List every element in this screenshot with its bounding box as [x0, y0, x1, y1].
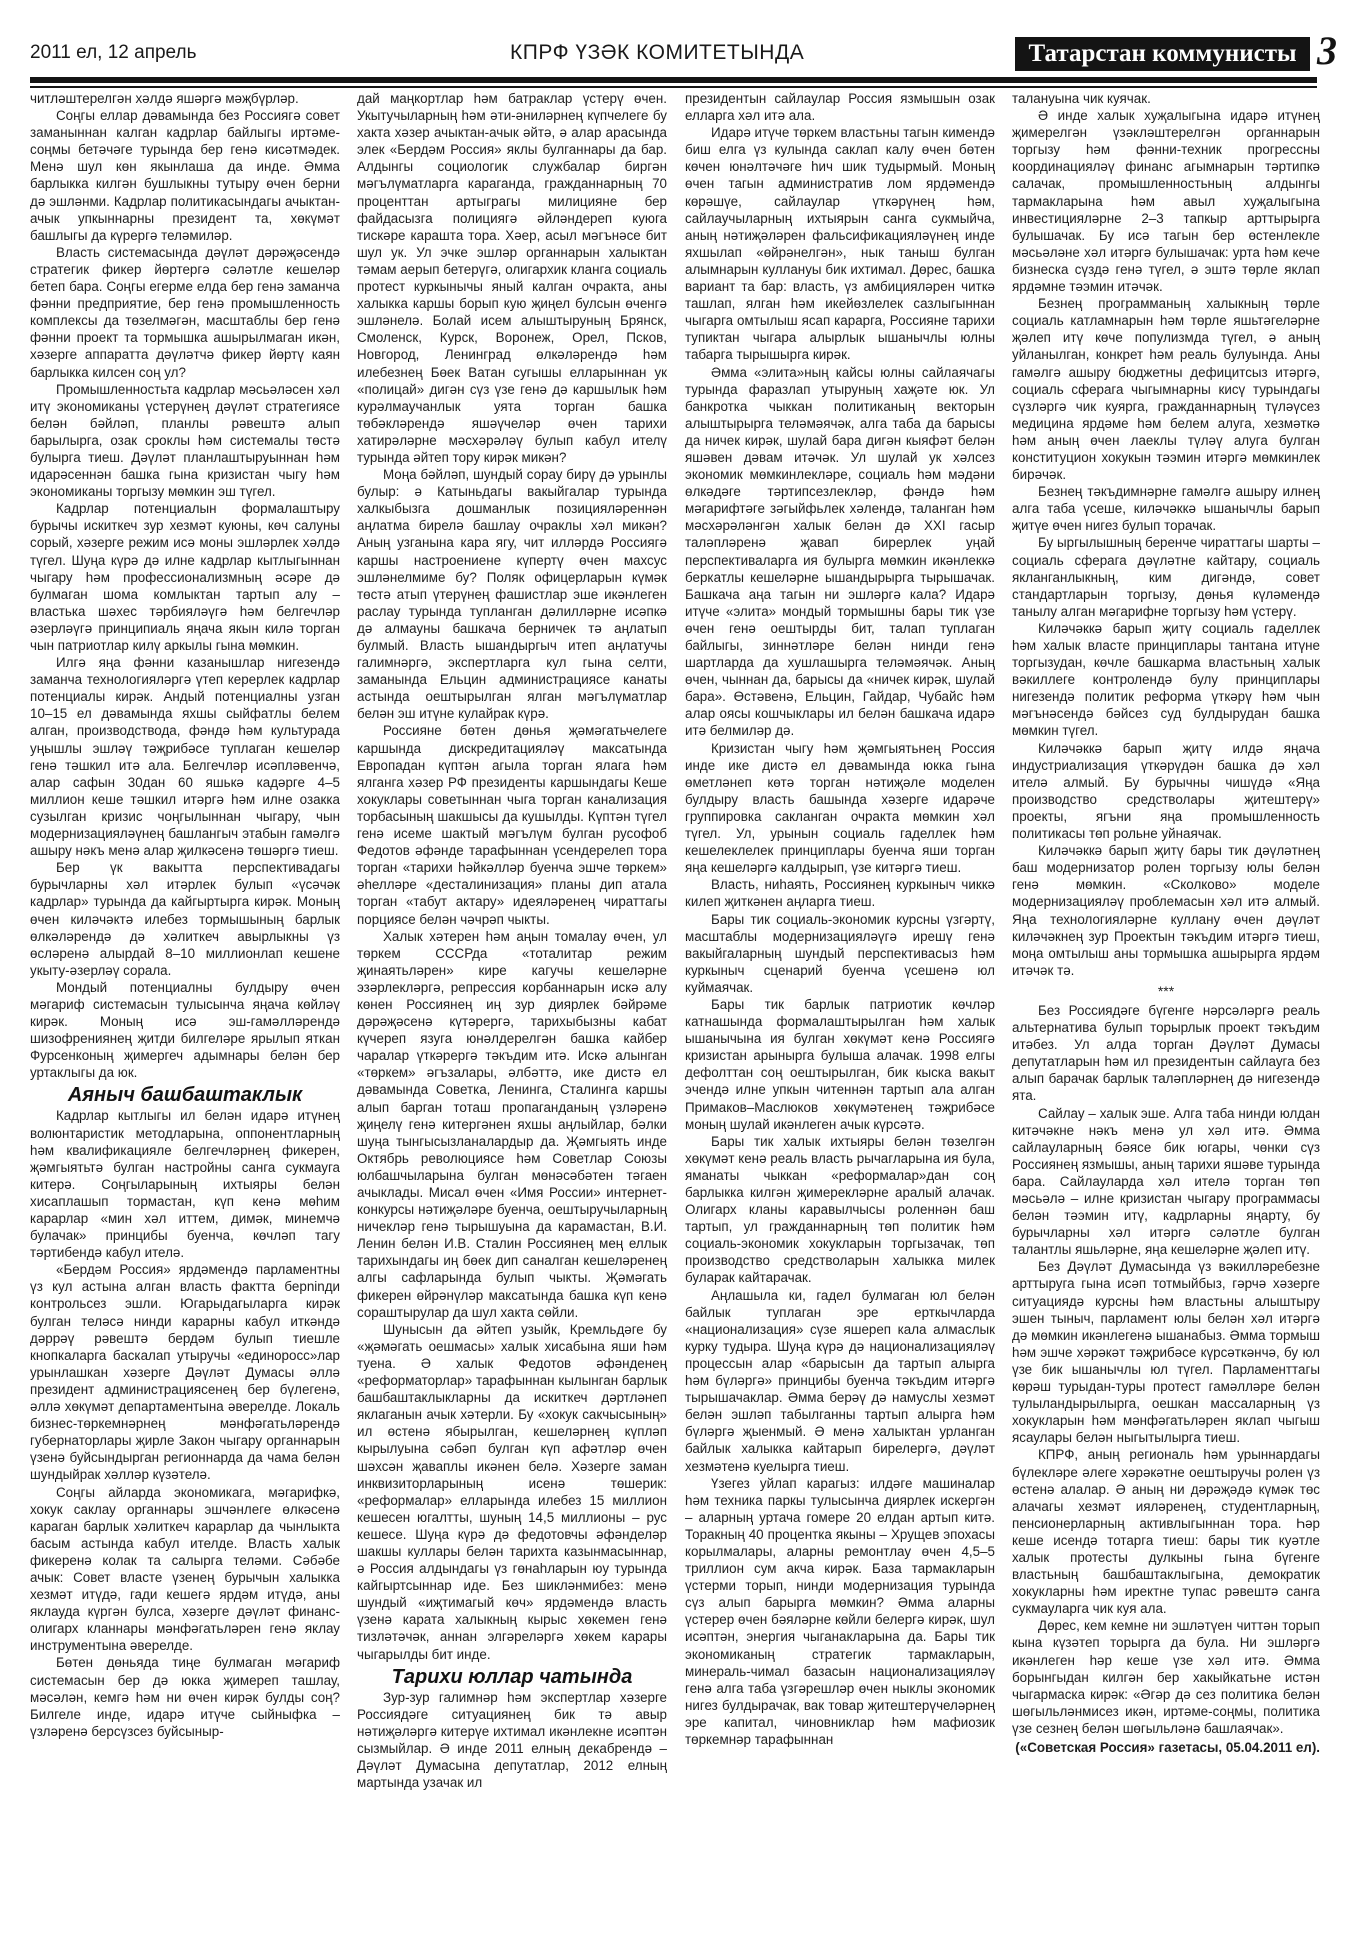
text-column-2: дай маңкортлар һәм батраклар үстерү өчен…: [357, 90, 667, 1930]
page-header: 2011 ел, 12 апрель КПРФ ҮЗӘК КОМИТЕТЫНДА…: [30, 28, 1340, 74]
paragraph: Шунысын да әйтеп узыйк, Кремльдәге бу «җ…: [357, 1321, 667, 1663]
paragraph: Зур-зур галимнәр һәм экспертлар хәзерге …: [357, 1689, 667, 1792]
section-heading: Аяныч башбаштаклык: [30, 1083, 340, 1107]
paragraph: Кадрлар потенциалын формалаштыру бурычы …: [30, 500, 340, 654]
issue-date: 2011 ел, 12 апрель: [30, 42, 196, 64]
section-heading: Тарихи юллар чатында: [357, 1665, 667, 1689]
section-separator: ***: [1012, 983, 1320, 1000]
paragraph: Без Дәүләт Думасында үз вәкилләребезне а…: [1012, 1258, 1320, 1446]
paragraph: Соңгы айларда экономикага, мәгарифкә, хо…: [30, 1484, 340, 1655]
paragraph: Моңа бәйләп, шундый сорау бирү дә урынлы…: [357, 466, 667, 722]
paragraph: Власть, ниһаять, Россиянең куркыныч чикк…: [685, 876, 995, 910]
paragraph: Ә инде халык хуҗалыгына идарә итүнең җим…: [1012, 107, 1320, 295]
header-rule-thick: [30, 77, 1317, 83]
paragraph: Бары тик халык ихтыяры белән төзелгән хө…: [685, 1133, 995, 1287]
paragraph: Мондый потенциалны булдыру өчен мәгариф …: [30, 979, 340, 1082]
section-title: КПРФ ҮЗӘК КОМИТЕТЫНДА: [510, 41, 804, 65]
paragraph: читләштерелгән хәлдә яшәргә мәҗбүрләр.: [30, 90, 340, 107]
paragraph: Үзегез уйлап карагыз: илдәге машиналар һ…: [685, 1475, 995, 1749]
paragraph: «Бердәм Россия» ярдәмендә парламентны үз…: [30, 1261, 340, 1483]
header-rule-thin: [30, 86, 1317, 88]
paragraph: Кадрлар кытлыгы ил белән идарә итүнең во…: [30, 1107, 340, 1261]
paragraph: Россияне бөтен дөнья җәмәгатьчелеге карш…: [357, 722, 667, 927]
paragraph: Киләчәккә барып җитү илдә яңача индустри…: [1012, 740, 1320, 843]
paragraph: Сайлау – халык эше. Алга таба нинди юлда…: [1012, 1105, 1320, 1259]
paragraph: президентын сайлаулар Россия язмышын оза…: [685, 90, 995, 124]
newspaper-masthead: Татарстан коммунисты: [1015, 37, 1310, 71]
paragraph: Әмма «элита»ның кайсы юлны сайлаячагы ту…: [685, 364, 995, 740]
paragraph: Безнең тәкъдимнәрне гамәлгә ашыру илнең …: [1012, 483, 1320, 534]
paragraph: Промышленностьта кадрлар мәсьәләсен хәл …: [30, 381, 340, 501]
paragraph: Безнең программаның халыкның төрле социа…: [1012, 295, 1320, 483]
page-number: 3: [1317, 29, 1337, 73]
paragraph: Дөрес, кем кемне ни эшләтүен читтән торы…: [1012, 1617, 1320, 1737]
paragraph: Бары тик барлык патриотик көчләр катнашы…: [685, 996, 995, 1133]
source-attribution: («Советская Россия» газетасы, 05.04.2011…: [1012, 1739, 1320, 1756]
paragraph: Бу ыргылышның беренче чираттагы шарты – …: [1012, 534, 1320, 619]
paragraph: Илгә яңа фәнни казанышлар нигезендә зама…: [30, 654, 340, 859]
paragraph: талануына чик куячак.: [1012, 90, 1320, 107]
paragraph: Власть системасында дәүләт дәрәҗәсендә с…: [30, 244, 340, 381]
paragraph: Бөтен дөньяда тиңе булмаган мәгариф сист…: [30, 1654, 340, 1739]
paragraph: Киләчәккә барып җитү социаль гаделлек һә…: [1012, 620, 1320, 740]
text-column-1: читләштерелгән хәлдә яшәргә мәҗбүрләр.Со…: [30, 90, 340, 1930]
paragraph: Кризистан чыгу һәм җәмгыятьнең Россия ин…: [685, 740, 995, 877]
paragraph: Идарә итүче төркем властьны тагын кименд…: [685, 124, 995, 363]
paragraph: Халык хәтерен һәм аңын томалау өчен, ул …: [357, 928, 667, 1321]
article-body: читләштерелгән хәлдә яшәргә мәҗбүрләр.Со…: [30, 90, 1320, 1930]
paragraph: Без Россиядәге бүгенге нәрсәләргә реаль …: [1012, 1002, 1320, 1105]
paragraph: дай маңкортлар һәм батраклар үстерү өчен…: [357, 90, 667, 466]
paragraph: Соңгы еллар дәвамында без Россиягә совет…: [30, 107, 340, 244]
paragraph: КПРФ, аның региональ һәм урыннардагы бүл…: [1012, 1446, 1320, 1617]
paragraph: Бары тик социаль-экономик курсны үзгәртү…: [685, 911, 995, 996]
text-column-3: президентын сайлаулар Россия язмышын оза…: [685, 90, 995, 1930]
text-column-4: талануына чик куячак.Ә инде халык хуҗалы…: [1012, 90, 1320, 1930]
paragraph: Аңлашыла ки, гадел булмаган юл белән бай…: [685, 1287, 995, 1475]
paragraph: Бер үк вакытта перспективадагы бурычларн…: [30, 859, 340, 979]
paragraph: Киләчәккә барып җитү бары тик дәүләтнең …: [1012, 842, 1320, 979]
